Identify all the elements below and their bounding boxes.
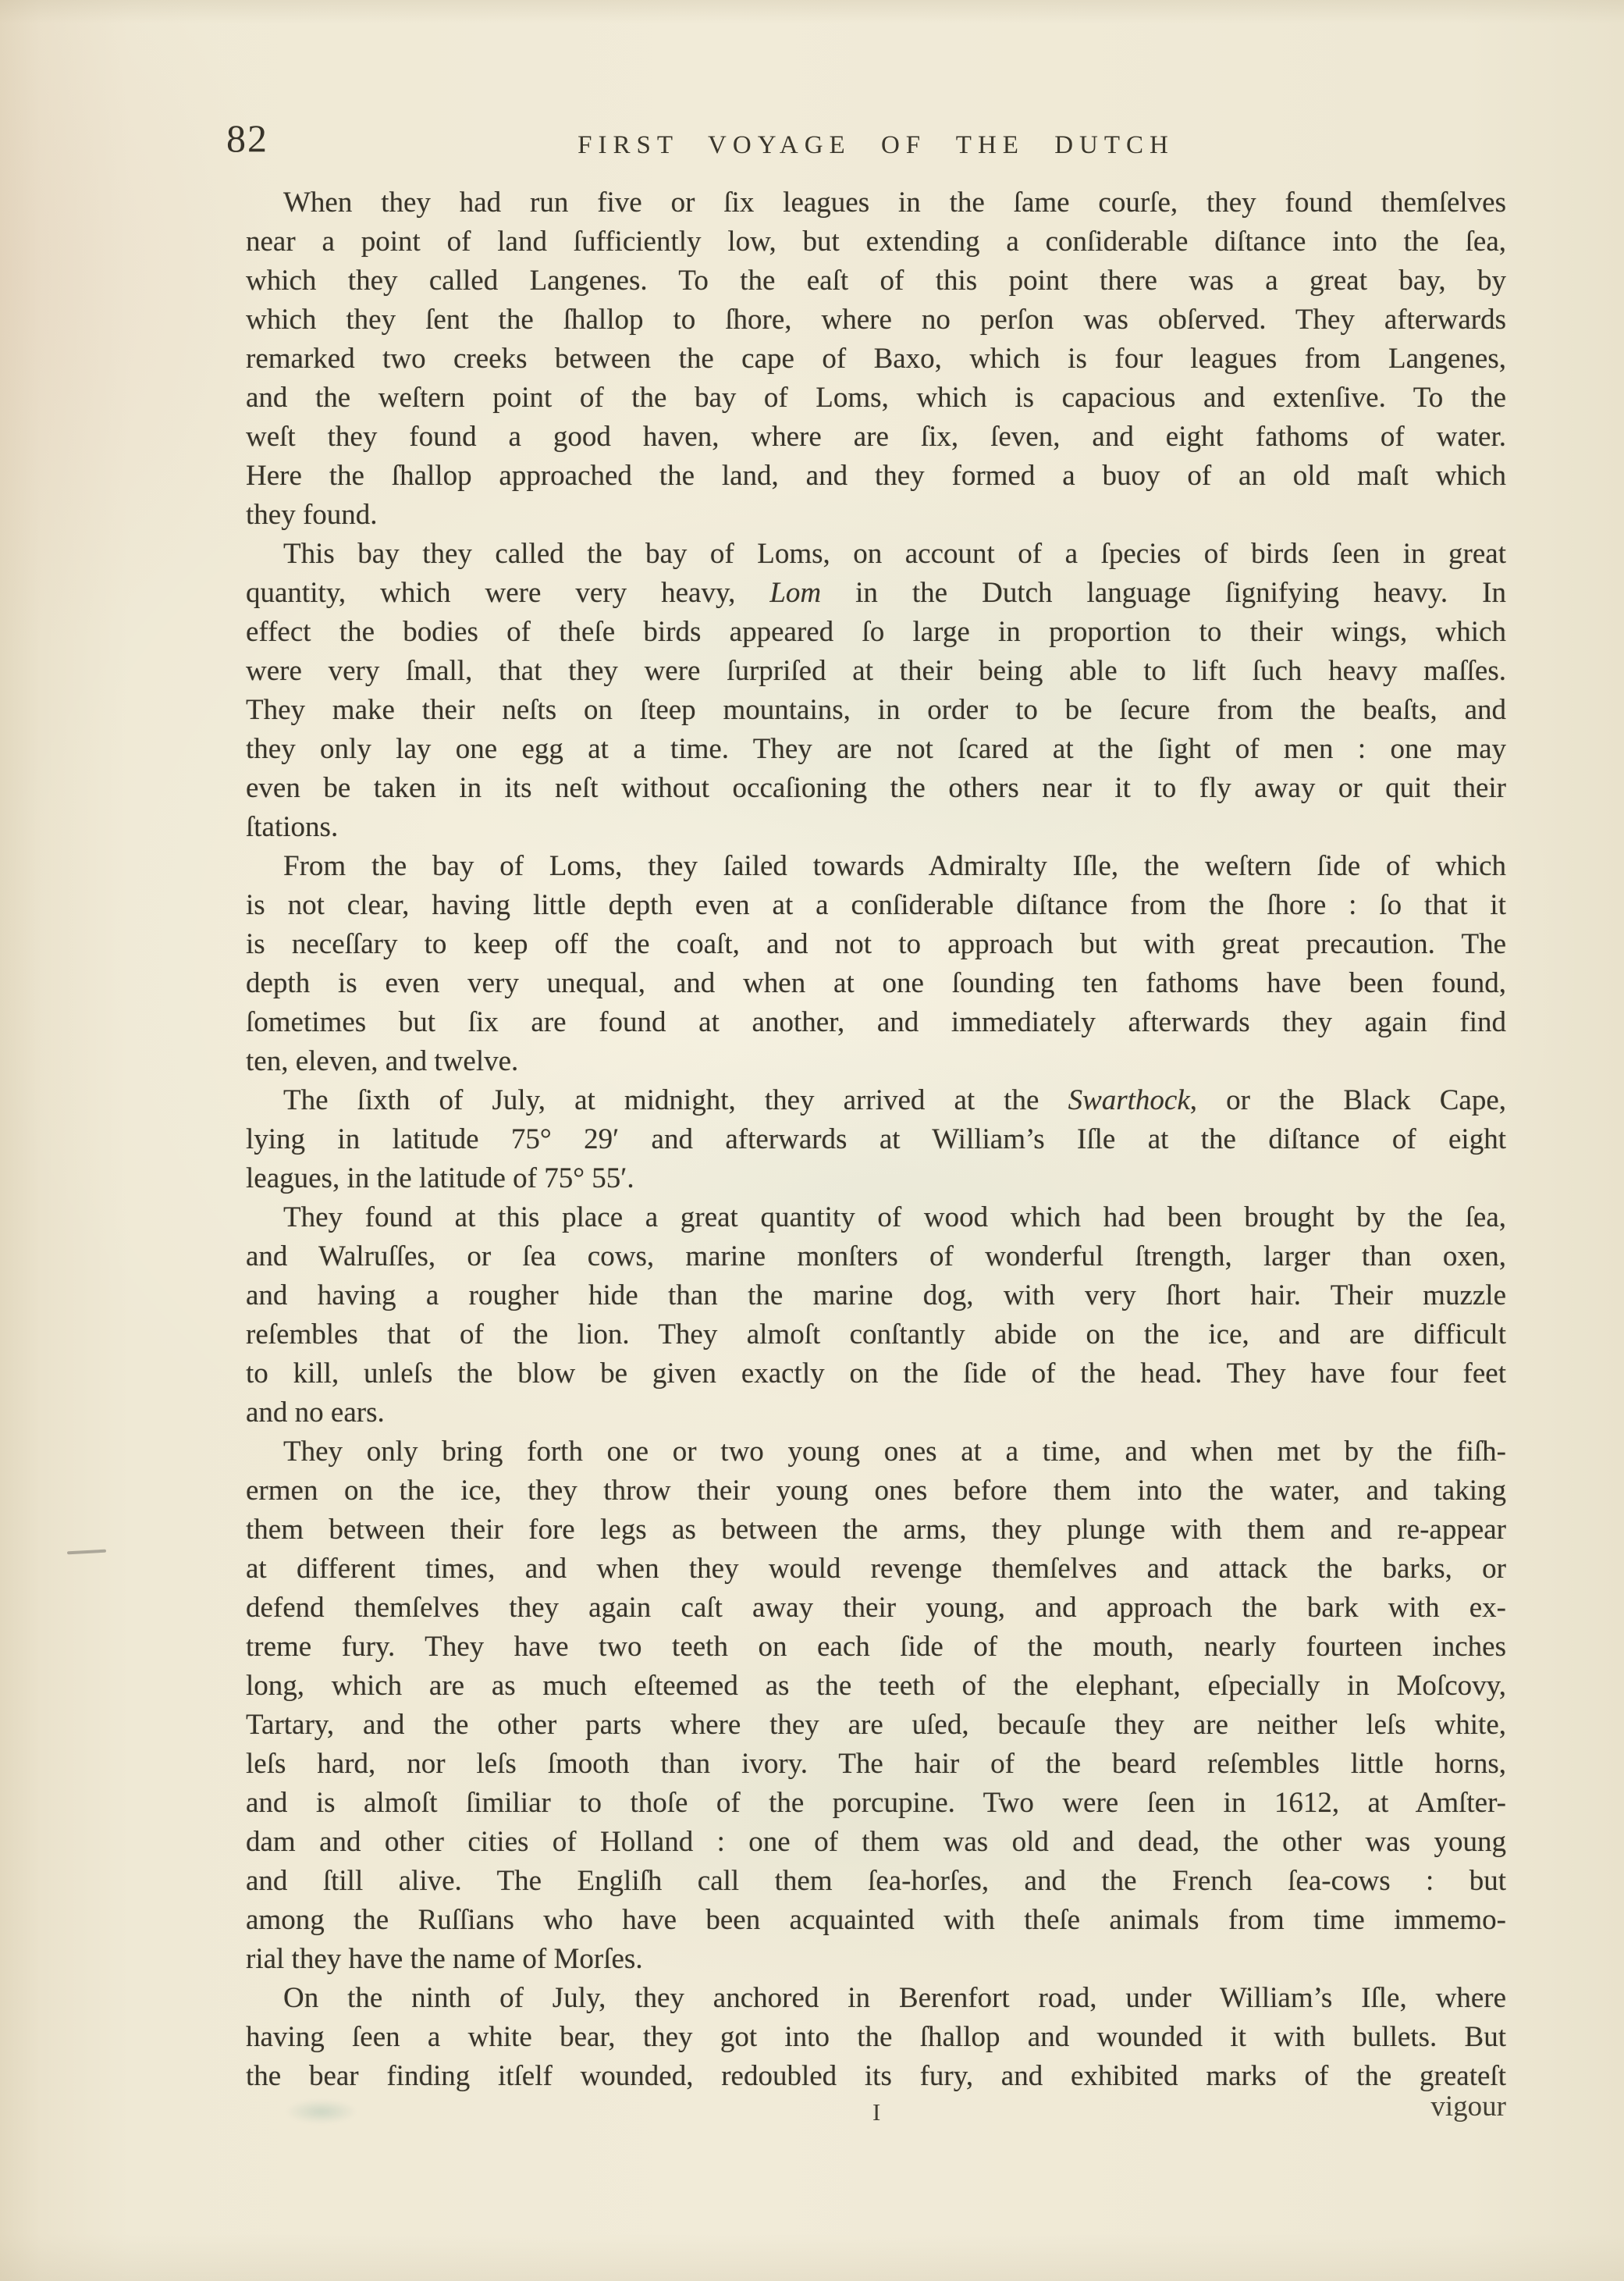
text-line: This bay they called the bay of Loms, on… <box>246 535 1506 574</box>
paragraph: On the ninth of July, they anchored in B… <box>246 1979 1506 2096</box>
paragraph: The ſixth of July, at midnight, they arr… <box>246 1081 1506 1198</box>
text-line: reſembles that of the lion. They almoſt … <box>246 1315 1506 1354</box>
text-line: at different times, and when they would … <box>246 1550 1506 1589</box>
text-line: They found at this place a great quantit… <box>246 1198 1506 1237</box>
text-line: they found. <box>246 496 1506 535</box>
text-line: which they ſent the ſhallop to ſhore, wh… <box>246 301 1506 340</box>
text-line: and ſtill alive. The Engliſh call them ſ… <box>246 1862 1506 1901</box>
book-page-scan: 82 FIRST VOYAGE OF THE DUTCH When they h… <box>0 0 1624 2281</box>
text-line: which they called Langenes. To the eaſt … <box>246 262 1506 301</box>
text-block: When they had run five or ſix leagues in… <box>246 183 1506 2096</box>
text-line: long, which are as much eſteemed as the … <box>246 1667 1506 1706</box>
text-line: to kill, unleſs the blow be given exactl… <box>246 1354 1506 1393</box>
text-line: They only bring forth one or two young o… <box>246 1432 1506 1471</box>
text-line: and Walruſſes, or ſea cows, marine monſt… <box>246 1237 1506 1276</box>
text-line: ten, eleven, and twelve. <box>246 1042 1506 1081</box>
text-line: is not clear, having little depth even a… <box>246 886 1506 925</box>
paragraph: This bay they called the bay of Loms, on… <box>246 535 1506 847</box>
text-line: On the ninth of July, they anchored in B… <box>246 1979 1506 2018</box>
pencil-margin-mark <box>67 1550 106 1555</box>
line-segment: quantity, which were very heavy, <box>246 577 769 609</box>
catchword: vigour <box>246 2090 1506 2123</box>
text-line: rial they have the name of Morſes. <box>246 1940 1506 1979</box>
text-line: even be taken in its neſt without occaſi… <box>246 769 1506 808</box>
paragraph: They found at this place a great quantit… <box>246 1198 1506 1432</box>
paragraph: From the bay of Loms, they ſailed toward… <box>246 847 1506 1081</box>
text-line: among the Ruſſians who have been acquain… <box>246 1901 1506 1940</box>
text-line: is neceſſary to keep off the coaſt, and … <box>246 925 1506 964</box>
text-line: The ſixth of July, at midnight, they arr… <box>246 1081 1506 1120</box>
text-line: Tartary, and the other parts where they … <box>246 1706 1506 1745</box>
text-line: and the weſtern point of the bay of Loms… <box>246 379 1506 418</box>
text-line: effect the bodies of theſe birds appeare… <box>246 613 1506 652</box>
text-line: dam and other cities of Holland : one of… <box>246 1823 1506 1862</box>
line-segment: in the Dutch language ſignifying heavy. … <box>821 577 1506 609</box>
text-line: depth is even very unequal, and when at … <box>246 964 1506 1003</box>
text-line: Here the ſhallop approached the land, an… <box>246 457 1506 496</box>
italic-term: Swarthock <box>1068 1084 1190 1116</box>
text-line: When they had run five or ſix leagues in… <box>246 183 1506 222</box>
text-line: lying in latitude 75° 29′ and afterwards… <box>246 1120 1506 1159</box>
text-line: ermen on the ice, they throw their young… <box>246 1471 1506 1511</box>
italic-term: Lom <box>769 577 821 609</box>
text-line: defend themſelves they again caſt away t… <box>246 1589 1506 1628</box>
text-line: and is almoſt ſimiliar to thoſe of the p… <box>246 1784 1506 1823</box>
text-line: they only lay one egg at a time. They ar… <box>246 730 1506 769</box>
text-line: were very ſmall, that they were ſurpriſe… <box>246 652 1506 691</box>
show-through-stain <box>275 2098 368 2125</box>
line-segment: The ſixth of July, at midnight, they arr… <box>283 1084 1068 1116</box>
text-line: leagues, in the latitude of 75° 55′. <box>246 1159 1506 1198</box>
text-line: and no ears. <box>246 1393 1506 1432</box>
text-line: quantity, which were very heavy, Lom in … <box>246 574 1506 613</box>
text-line: ſometimes but ſix are found at another, … <box>246 1003 1506 1042</box>
paragraph: When they had run five or ſix leagues in… <box>246 183 1506 535</box>
paragraph: They only bring forth one or two young o… <box>246 1432 1506 1979</box>
text-line: having ſeen a white bear, they got into … <box>246 2018 1506 2057</box>
text-line: remarked two creeks between the cape of … <box>246 340 1506 379</box>
text-line: and having a rougher hide than the marin… <box>246 1276 1506 1315</box>
text-line: They make their neſts on ſteep mountains… <box>246 691 1506 730</box>
text-line: ſtations. <box>246 808 1506 847</box>
text-line: treme fury. They have two teeth on each … <box>246 1628 1506 1667</box>
text-line: near a point of land ſufficiently low, b… <box>246 222 1506 262</box>
running-title: FIRST VOYAGE OF THE DUTCH <box>246 133 1506 158</box>
text-line: weſt they found a good haven, where are … <box>246 418 1506 457</box>
text-line: leſs hard, nor leſs ſmooth than ivory. T… <box>246 1745 1506 1784</box>
text-line: From the bay of Loms, they ſailed toward… <box>246 847 1506 886</box>
line-segment: , or the Black Cape, <box>1190 1084 1506 1116</box>
text-line: them between their fore legs as between … <box>246 1511 1506 1550</box>
